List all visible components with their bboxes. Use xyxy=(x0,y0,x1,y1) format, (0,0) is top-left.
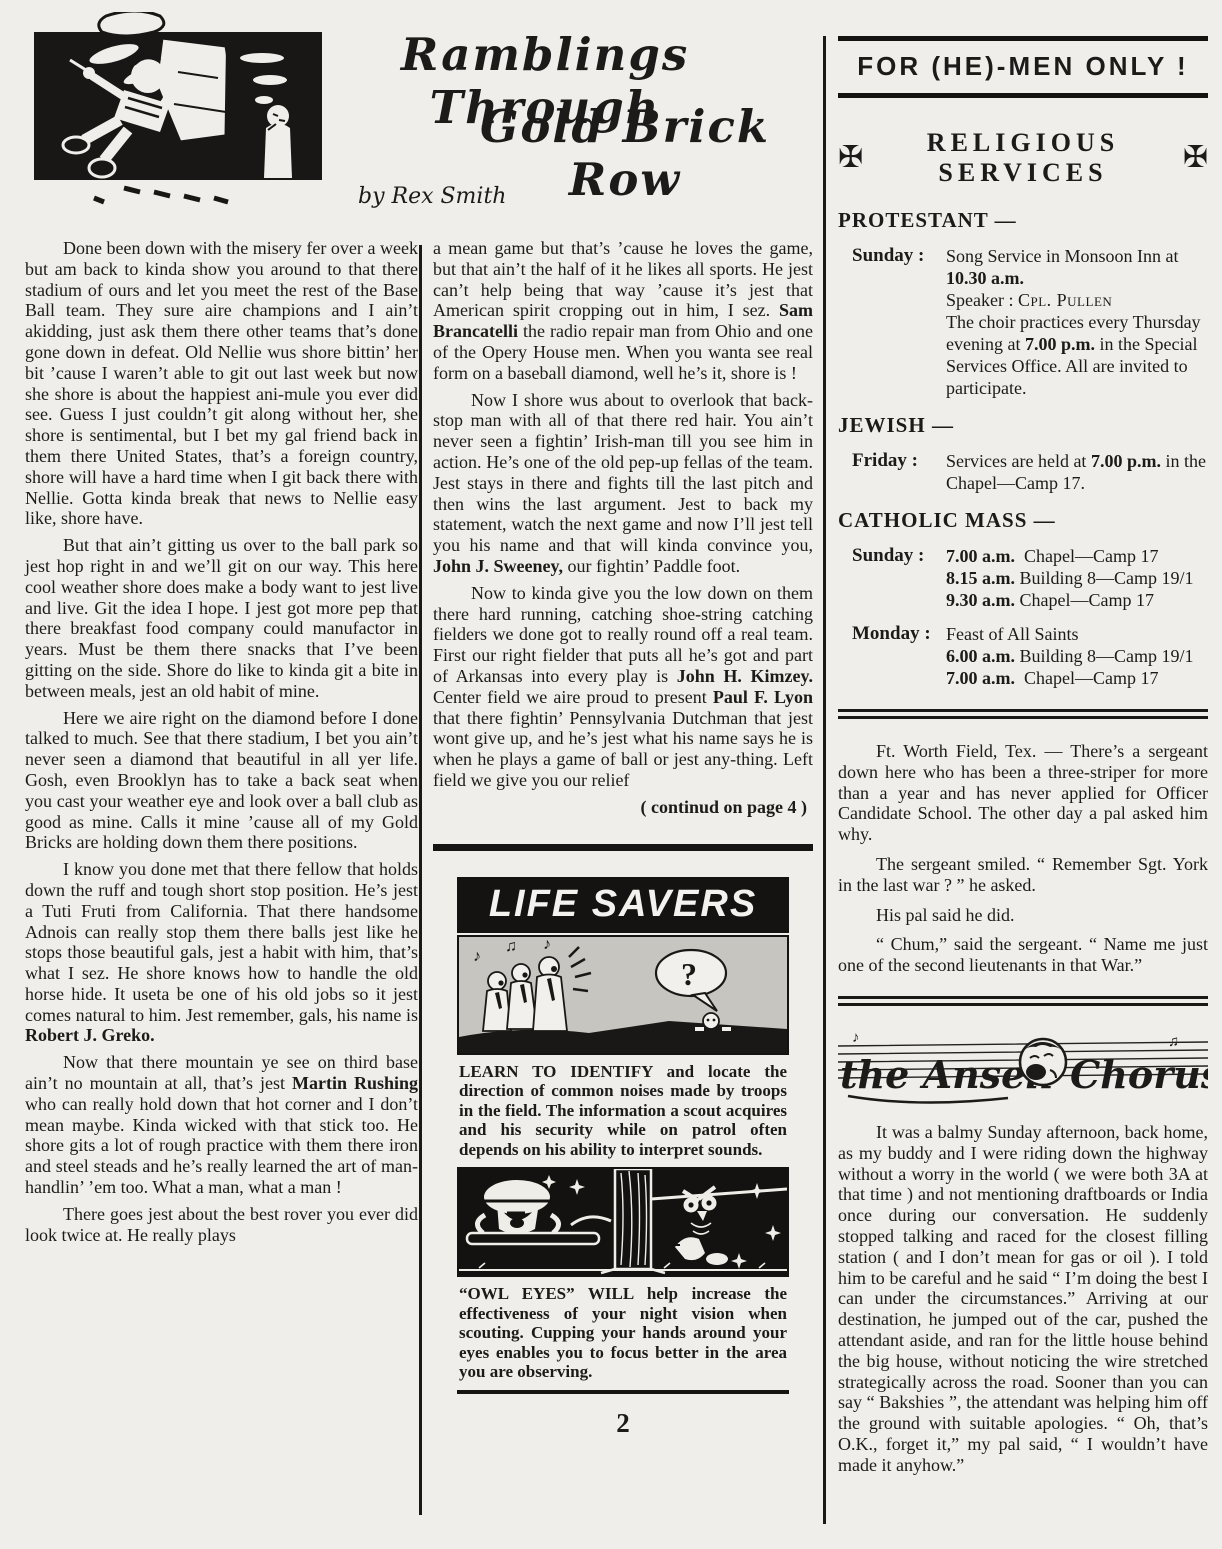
music-note-icon: ♪ xyxy=(543,937,551,953)
owl-eyes-cartoon-art xyxy=(459,1169,787,1275)
protestant-label: PROTESTANT — xyxy=(838,208,1208,233)
singing-soldiers-cartoon-art: ♪ ♫ ♪ ? xyxy=(459,937,787,1053)
newspaper-page: Ramblings Through Gold Brick Row by Rex … xyxy=(0,0,1222,1549)
service-line: 9.30 a.m. Chapel—Camp 17 xyxy=(946,589,1208,611)
column-divider-left xyxy=(419,245,422,1515)
owl-eyes-cartoon-panel xyxy=(457,1167,789,1277)
column-divider-right xyxy=(823,36,826,1524)
ft-worth-story: Ft. Worth Field, Tex. — There’s a sergea… xyxy=(838,741,1208,976)
catholic-label: CATHOLIC MASS — xyxy=(838,508,1208,533)
ansell-chorus-logo: ♪ ♫ ♪ the Ansell Chorus xyxy=(838,1028,1208,1112)
ansell-chorus-logo-art: ♪ ♫ ♪ the Ansell Chorus xyxy=(838,1028,1208,1112)
day-label: Friday : xyxy=(852,450,946,494)
jewish-friday-entry: Friday : Services are held at 7.00 p.m. … xyxy=(852,450,1208,494)
double-rule-divider xyxy=(838,996,1208,1006)
paragraph: Now to kinda give you the low down on th… xyxy=(433,583,813,791)
logo-text-right: Chorus xyxy=(1070,1052,1208,1097)
catholic-sunday-entry: Sunday : 7.00 a.m. Chapel—Camp 17 8.15 a… xyxy=(852,545,1208,611)
entry-body: Services are held at 7.00 p.m. in the Ch… xyxy=(946,450,1208,494)
continued-note: ( continud on page 4 ) xyxy=(433,797,807,818)
day-label: Sunday : xyxy=(852,245,946,399)
service-line: Feast of All Saints xyxy=(946,623,1208,645)
life-savers-ad: LIFE SAVERS ♪ ♫ xyxy=(457,877,789,1394)
page-number: 2 xyxy=(433,1408,813,1439)
paragraph: Done been down with the misery fer over … xyxy=(25,238,418,529)
entry-body: Feast of All Saints 6.00 a.m. Building 8… xyxy=(946,623,1208,689)
ad-bottom-rule xyxy=(457,1390,789,1394)
paragraph: Ft. Worth Field, Tex. — There’s a sergea… xyxy=(838,741,1208,845)
religious-services-heading: RELIGIOUS SERVICES xyxy=(863,128,1183,188)
jewish-label: JEWISH — xyxy=(838,413,1208,438)
paragraph: Here we aire right on the diamond before… xyxy=(25,708,418,854)
middle-column-text: a mean game but that’s ’cause he loves t… xyxy=(433,238,813,791)
reclining-soldier-cartoon-art xyxy=(28,12,328,217)
service-line: Song Service in Monsoon Inn at 10.30 a.m… xyxy=(946,245,1208,289)
day-label: Sunday : xyxy=(852,545,946,611)
life-savers-banner: LIFE SAVERS xyxy=(457,877,789,933)
maltese-cross-icon: ✠ xyxy=(1183,143,1208,173)
question-mark-glyph: ? xyxy=(681,956,697,992)
service-line: 6.00 a.m. Building 8—Camp 19/1 xyxy=(946,645,1208,667)
paragraph: Now that there mountain ye see on third … xyxy=(25,1052,418,1198)
maltese-cross-icon: ✠ xyxy=(838,143,863,173)
he-men-banner: FOR (HE)-MEN ONLY ! xyxy=(838,41,1208,93)
paragraph: The sergeant smiled. “ Remember Sgt. Yor… xyxy=(838,854,1208,896)
article-column-middle: a mean game but that’s ’cause he loves t… xyxy=(433,238,813,1439)
service-line: Speaker : Cpl. Pullen xyxy=(946,289,1208,311)
paragraph: “ Chum,” said the sergeant. “ Name me ju… xyxy=(838,934,1208,976)
paragraph: I know you done met that there fellow th… xyxy=(25,859,418,1046)
music-note-icon: ♪ xyxy=(852,1030,860,1046)
paragraph: It was a balmy Sunday afternoon, back ho… xyxy=(838,1122,1208,1476)
banner-rule-bottom xyxy=(838,93,1208,98)
singing-face-icon xyxy=(1020,1039,1066,1085)
service-line: Services are held at 7.00 p.m. in the Ch… xyxy=(946,450,1208,494)
paragraph: But that ain’t gitting us over to the ba… xyxy=(25,535,418,701)
singing-soldiers-cartoon-panel: ♪ ♫ ♪ ? xyxy=(457,935,789,1055)
masthead-byline: by Rex Smith xyxy=(358,184,506,209)
service-line: The choir practices every Thursday eveni… xyxy=(946,311,1208,399)
paragraph: a mean game but that’s ’cause he loves t… xyxy=(433,238,813,384)
catholic-monday-entry: Monday : Feast of All Saints 6.00 a.m. B… xyxy=(852,623,1208,689)
protestant-sunday-entry: Sunday : Song Service in Monsoon Inn at … xyxy=(852,245,1208,399)
entry-body: 7.00 a.m. Chapel—Camp 17 8.15 a.m. Build… xyxy=(946,545,1208,611)
music-note-icon: ♫ xyxy=(505,938,517,955)
double-rule-divider xyxy=(838,709,1208,719)
music-note-icon: ♪ xyxy=(473,948,481,965)
he-men-banner-box: FOR (HE)-MEN ONLY ! xyxy=(838,36,1208,98)
service-line: 8.15 a.m. Building 8—Camp 19/1 xyxy=(946,567,1208,589)
religious-services-heading-row: ✠ RELIGIOUS SERVICES ✠ xyxy=(838,128,1208,188)
paragraph: His pal said he did. xyxy=(838,905,1208,926)
service-line: 7.00 a.m. Chapel—Camp 17 xyxy=(946,667,1208,689)
goldbrick-cartoon-illustration xyxy=(28,12,328,217)
ansell-chorus-story: It was a balmy Sunday afternoon, back ho… xyxy=(838,1122,1208,1476)
day-label: Monday : xyxy=(852,623,946,689)
column-right: FOR (HE)-MEN ONLY ! ✠ RELIGIOUS SERVICES… xyxy=(838,36,1208,1485)
section-divider-bar xyxy=(433,844,813,851)
learn-to-identify-caption: LEARN TO IDENTIFY and locate the directi… xyxy=(459,1062,787,1160)
owl-eyes-caption: “OWL EYES” WILL help increase the effect… xyxy=(459,1284,787,1382)
music-note-icon: ♫ xyxy=(1168,1034,1179,1050)
article-column-left: Done been down with the misery fer over … xyxy=(25,238,418,1251)
service-line: 7.00 a.m. Chapel—Camp 17 xyxy=(946,545,1208,567)
entry-body: Song Service in Monsoon Inn at 10.30 a.m… xyxy=(946,245,1208,399)
paragraph: Now I shore wus about to overlook that b… xyxy=(433,390,813,577)
paragraph: There goes jest about the best rover you… xyxy=(25,1204,418,1246)
